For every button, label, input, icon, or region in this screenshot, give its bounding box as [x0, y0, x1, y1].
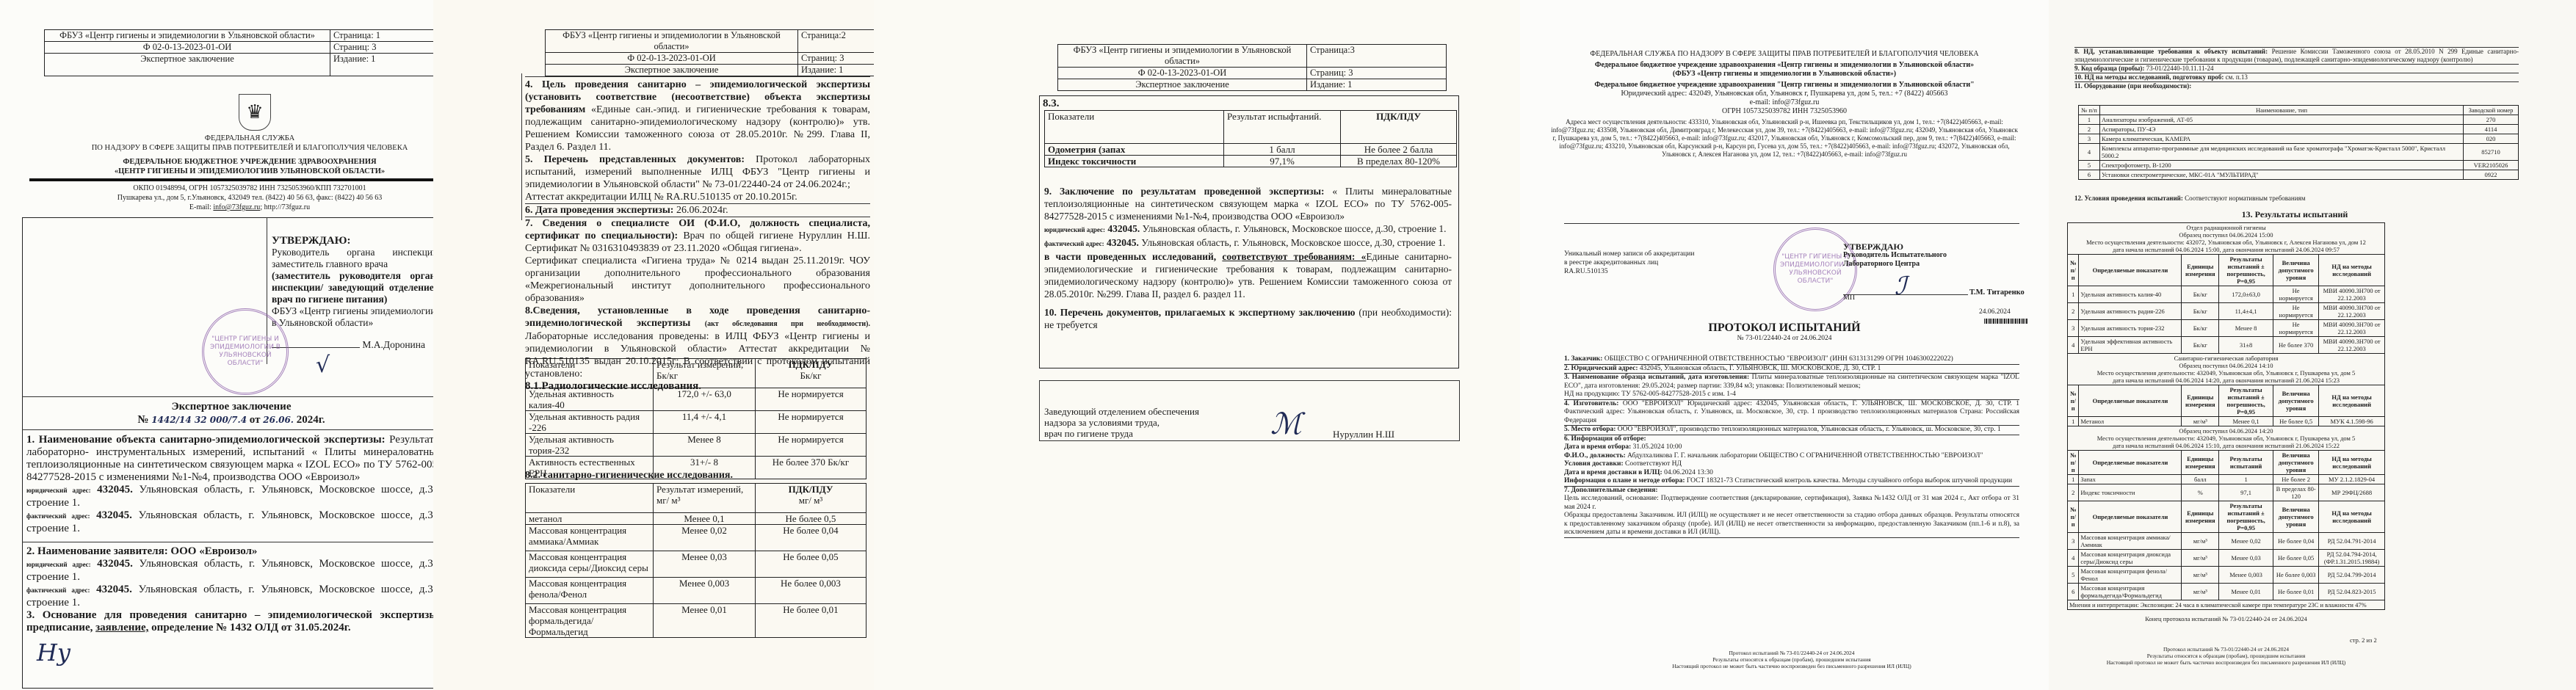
conclusion-title: Экспертное заключение: [22, 400, 433, 413]
section-1-title: 1. Наименование объекта санитарно-эпидем…: [26, 434, 386, 446]
table-row: 4Удельная эффективная активность ЕРНБк/к…: [2068, 337, 2385, 354]
table-row: 2Аспираторы, ПУ-4Э4114: [2079, 125, 2519, 134]
cell: 1: [2068, 286, 2079, 303]
zip: 432045.: [97, 558, 133, 570]
signer-name: Нуруллин Н.Ш: [1333, 429, 1394, 440]
cell: Удельная активность тория-232: [526, 434, 654, 457]
col-header: ПДК/ПДУ: [759, 359, 863, 370]
item-label: Информация о плане и методе отбора:: [1564, 477, 1685, 484]
cell: 5: [2079, 161, 2100, 170]
cell: 5: [2068, 567, 2079, 584]
cell: Не нормируется: [2273, 303, 2319, 320]
block-line: Образец поступил 04.06.2024 14:10: [2069, 362, 2383, 369]
cell: Не более 0,05: [756, 551, 866, 578]
signer-role-line: врач по гигиене труда: [1044, 428, 1199, 439]
frame-left: [521, 73, 522, 220]
col-header: Единицы измерения: [2182, 385, 2219, 417]
section-1: 1. Наименование объекта санитарно-эпидем…: [24, 433, 433, 536]
col-header: Результаты испытаний ± погрешность, P=0,…: [2219, 255, 2273, 286]
page-expert-conclusion-1: ФБУЗ «Центр гигиены и эпидемиологии в Ул…: [0, 0, 433, 690]
cell: Спектрофотометр, В-1200: [2100, 161, 2464, 170]
cell: Бк/кг: [2182, 303, 2219, 320]
cell: Комплексы аппаратно-программные для меди…: [2100, 144, 2464, 161]
cell: Удельная активность радия-226: [2079, 303, 2182, 320]
cell: Массовая концентрация формальдегида/Форм…: [526, 604, 654, 638]
block-line: дата начала испытаний 04.06.2024 14:20, …: [2069, 377, 2383, 384]
col-header: Определяемые показатели: [2079, 501, 2182, 533]
cell: Запах: [2079, 475, 2182, 484]
cell: мг/м³: [2182, 533, 2219, 550]
cell: Менее 0,003: [654, 578, 756, 604]
table-row: 6Установки спектрометрические, МКС-01А "…: [2079, 170, 2519, 180]
coat-of-arms-icon: ♛: [239, 94, 271, 131]
header-org: ФБУЗ «Центр гигиены и эпидемиологии в Ул…: [1058, 45, 1307, 68]
legal-address-label: юридический адрес:: [26, 561, 91, 568]
section-3-underlined: заявление,: [95, 622, 148, 633]
protocol-title: ПРОТОКОЛ ИСПЫТАНИЙ: [1564, 322, 2005, 335]
cell: Не более 0,05: [2273, 550, 2319, 567]
item-text: 432045, Ульяновская область, Г. УЛЬЯНОВС…: [1638, 365, 1881, 372]
cell: Менее 0,02: [2219, 533, 2273, 550]
cell: Не более 0,01: [756, 604, 866, 638]
cell: Удельная активность калия-40: [526, 388, 654, 411]
col-header: Результаты испытаний ± погрешность, P=0,…: [2219, 501, 2273, 533]
email-label: E-mail:: [189, 203, 214, 211]
cell: 172,0±63,0: [2219, 286, 2273, 303]
cell: Менее 0,02: [654, 525, 756, 551]
header-page: Страница: 1: [330, 30, 434, 42]
cell: Не более 0,5: [2273, 417, 2319, 426]
cell: Менее 8: [654, 434, 756, 457]
header-edition: Издание: 1: [330, 54, 434, 76]
table-row: 5Массовая концентрация фенола/Фенолмг/м³…: [2068, 567, 2385, 584]
item-label: 6. Информация об отборе:: [1564, 435, 1646, 443]
signer-role: Заведующий отделением обеспечения надзор…: [1044, 406, 1199, 439]
col-header: НД на методы исследований: [2319, 385, 2385, 417]
table-row: 2Удельная активность радия-226Бк/кг11,4±…: [2068, 303, 2385, 320]
conclusion-no-prefix: №: [137, 414, 148, 426]
legal-address-label: юридический адрес:: [26, 487, 91, 494]
item-label: 10. НД на методы исследований, подготовк…: [2074, 73, 2224, 81]
opinion-note: Мнения и интерпретации: Экспозиция: 24 ч…: [2068, 600, 2385, 610]
sanitary-table: Показатели Результат измерений, мг/ м³ П…: [525, 483, 866, 638]
cell: Массовая концентрация формальдегида/Форм…: [2079, 584, 2182, 600]
cell: Удельная эффективная активность ЕРН: [2079, 337, 2182, 354]
agency-line-1: ФЕДЕРАЛЬНАЯ СЛУЖБА: [66, 134, 433, 143]
footer-line: Настоящий протокол не может быть частичн…: [2067, 659, 2385, 666]
item-label: Условия доставки:: [1564, 460, 1624, 468]
cell: 0922: [2464, 170, 2519, 180]
block-line: Санитарно-гигиеническая лаборатория: [2069, 355, 2383, 362]
cell: 4114: [2464, 125, 2519, 134]
section-6-title: 6. Дата проведения экспертизы:: [525, 205, 673, 216]
section-3-text: предписание,: [26, 622, 95, 633]
rule: [1459, 380, 1460, 441]
rule: [1843, 294, 1968, 295]
footer-line: Результаты относятся к образцам (пробам)…: [1564, 656, 2019, 663]
cell: Индекс токсичности: [1045, 156, 1224, 167]
page-expert-conclusion-2: ФБУЗ «Центр гигиены и эпидемиологии в Ул…: [433, 0, 874, 690]
cell: мг/м³: [2182, 550, 2219, 567]
institution-full-2: Федеральное бюджетное учреждение здравоо…: [1549, 81, 2019, 90]
item-text: Соответствуют нормативным требованиям: [2183, 195, 2306, 202]
block-line: дата начала испытаний 04.06.2024 15:00, …: [2069, 246, 2383, 253]
email[interactable]: e-mail: info@73fguz.ru: [1549, 98, 2019, 107]
protocol-items-8-12: 8. НД, устанавливающие требования к объе…: [2074, 47, 2519, 90]
equipment-table: № п/пНаименование, типЗаводской номер 1А…: [2078, 105, 2519, 180]
cell: Метанол: [2079, 417, 2182, 426]
item-label: Ф.И.О., должность:: [1564, 452, 1626, 460]
col-header-unit: мг/ м³: [759, 495, 863, 506]
address: Пушкарева ул., дом 5, г.Ульяновск, 43204…: [66, 193, 433, 203]
cell: 2: [2068, 303, 2079, 320]
col-header: ПДК/ПДУ: [1341, 111, 1457, 144]
cell: В пределах 80-120: [2273, 484, 2319, 501]
table-82-title: 8.2. санитарно-гигиенические исследовани…: [525, 470, 733, 482]
cell: 3: [2068, 320, 2079, 337]
cell: Удельная активность тория-232: [2079, 320, 2182, 337]
conclusion-number: 1442/14 32 000/7.4: [151, 415, 247, 425]
protocol-letterhead: ФЕДЕРАЛЬНАЯ СЛУЖБА ПО НАДЗОРУ В СФЕРЕ ЗА…: [1549, 50, 2019, 159]
item-text: 31.05.2024 10:00: [1631, 443, 1682, 451]
signer-role-line: надзора за условиями труда,: [1044, 417, 1199, 428]
cell: Массовая концентрация диоксида серы/Диок…: [2079, 550, 2182, 567]
cell: Не нормируется: [756, 434, 866, 457]
header-org: ФБУЗ «Центр гигиены и эпидемиологии в Ул…: [546, 30, 798, 53]
col-header: Результат измерений, Бк/кг: [654, 359, 756, 388]
header-thick-rule: [29, 178, 433, 181]
protocol-footer: Протокол испытаний № 73-01/22440-24 от 2…: [2067, 646, 2385, 666]
page-header-table: ФБУЗ «Центр гигиены и эпидемиологии в Ул…: [44, 29, 433, 76]
legal-address-label: юридический адрес:: [1044, 226, 1105, 233]
results-table: Отдел радиационной гигиеныОбразец поступ…: [2067, 222, 2385, 610]
table-row: Одометрия (запах1 баллНе более 2 балла: [1045, 144, 1457, 156]
rule: [1039, 440, 1460, 441]
conclusion-year: 2024г.: [297, 414, 325, 426]
cell: МВИ 40090.3Н700 от 22.12.2003: [2319, 286, 2385, 303]
header-form-code: Ф 02-0-13-2023-01-ОИ: [1058, 68, 1307, 79]
table-row: Удельная активность калия-40172,0 +/- 63…: [526, 388, 866, 411]
table-row: 3Массовая концентрация аммиака/Аммиакмг/…: [2068, 533, 2385, 550]
section-9: 9. Заключение по результатам проведенной…: [1044, 185, 1452, 331]
col-header: № п/п: [2068, 501, 2079, 533]
approve-block: УТВЕРЖДАЮ: Руководитель органа инспекции…: [272, 235, 433, 351]
item-label: 7. Дополнительные сведения:: [1564, 487, 1658, 494]
section-5-title: 5. Перечень представленных документов:: [525, 154, 745, 165]
col-header: Показатели: [1045, 111, 1224, 144]
item-text: ООО "ЕВРОИЗОЛ" Юридический адрес: 432045…: [1564, 400, 2019, 424]
cell: 2: [2079, 125, 2100, 134]
col-header: Результат испыфтаний.: [1224, 111, 1341, 144]
cell: Индекс токсичности: [2079, 484, 2182, 501]
cell: 4: [2068, 337, 2079, 354]
table-row: 1Анализаторы изображений, АТ-05270: [2079, 115, 2519, 125]
col-header: Результаты испытаний ± погрешность, P=0,…: [2219, 385, 2273, 417]
cell: 6: [2079, 170, 2100, 180]
sections-4-7: 4. Цель проведения санитарно – эпидемиол…: [525, 76, 870, 393]
cell: VER2105026: [2464, 161, 2519, 170]
header-pages-total: Страниц: 3: [330, 42, 434, 54]
table-row: Массовая концентрация формальдегида/Форм…: [526, 604, 866, 638]
item-text: см. п.13: [2224, 73, 2248, 81]
cell: метанол: [526, 513, 654, 525]
cell: 31±8: [2219, 337, 2273, 354]
table-row: Массовая концентрация диоксида серы/Диок…: [526, 551, 866, 578]
cell: 4: [2079, 144, 2100, 161]
block-line: Место осуществления деятельности: 432049…: [2069, 435, 2383, 442]
header-pages-total: Страниц: 3: [798, 53, 875, 65]
cell: РД 52.04.799-2014: [2319, 567, 2385, 584]
cell: Не более 0,01: [2273, 584, 2319, 600]
block-2-info: Санитарно-гигиеническая лабораторияОбраз…: [2068, 354, 2385, 385]
end-note: Конец протокола испытаний № 73-01/22440-…: [2067, 615, 2385, 622]
agency-line-2: ПО НАДЗОРУ В СФЕРЕ ЗАЩИТЫ ПРАВ ПОТРЕБИТЕ…: [66, 143, 433, 153]
conclusion-date-prefix: от: [250, 414, 261, 426]
accreditation-block: Уникальный номер записи об аккредитации …: [1564, 250, 1694, 276]
approve-org: ФБУЗ «Центр гигиены эпидемиологии в Улья…: [272, 305, 433, 329]
sample-code: 73-01/22440-10.11.11-24: [2144, 65, 2213, 72]
table-row: 1Метанолмг/м³Менее 0,1Не более 0,5МУК 4.…: [2068, 417, 2385, 426]
zip: 432045.: [96, 509, 132, 521]
cell: Массовая концентрация аммиака/Аммиак: [2079, 533, 2182, 550]
cell: РД 52.04.823-2015: [2319, 584, 2385, 600]
cell: Менее 0,1: [2219, 417, 2273, 426]
requisites: ОКПО 01948994, ОГРН 1057325039782 ИНН 73…: [66, 184, 433, 193]
odometry-table: Показатели Результат испыфтаний. ПДК/ПДУ…: [1044, 110, 1457, 167]
cell: РД 52.04.791-2014: [2319, 533, 2385, 550]
accreditation-line: Уникальный номер записи об аккредитации: [1564, 250, 1694, 258]
col-header: НД на методы исследований: [2319, 255, 2385, 286]
cell: 3: [2079, 134, 2100, 144]
cell: 1: [2068, 417, 2079, 426]
table-row: 2Индекс токсичности%97,1В пределах 80-12…: [2068, 484, 2385, 501]
col-header: № п/п: [2068, 255, 2079, 286]
cell: 852710: [2464, 144, 2519, 161]
cell: 11,4 +/- 4,1: [654, 411, 756, 434]
cell: Бк/кг: [2182, 320, 2219, 337]
cell: Менее 0,01: [654, 604, 756, 638]
cell: Одометрия (запах: [1045, 144, 1224, 156]
cell: Менее 8: [2219, 320, 2273, 337]
cell: балл: [2182, 475, 2219, 484]
accreditation-number: RA.RU.510135: [1564, 267, 1694, 276]
section-10-title: 10. Перечень документов, прилагаемых к э…: [1044, 307, 1355, 318]
col-header: Единицы измерения: [2182, 255, 2219, 286]
block-line: Образец поступил 04.06.2024 14:20: [2069, 427, 2383, 435]
cell: Не более 0,003: [2273, 567, 2319, 584]
cell: мг/м³: [2182, 417, 2219, 426]
protocol-footer: Протокол испытаний № 73-01/22440-24 от 2…: [1564, 650, 2019, 669]
col-header: Определяемые показатели: [2079, 255, 2182, 286]
zip: 432045.: [97, 484, 133, 495]
block-line: Отдел радиационной гигиены: [2069, 224, 2383, 231]
cell: Массовая концентрация фенола/Фенол: [2079, 567, 2182, 584]
cell: 270: [2464, 115, 2519, 125]
col-header: Показатели: [526, 484, 654, 513]
page-protocol-1: ФЕДЕРАЛЬНАЯ СЛУЖБА ПО НАДЗОРУ В СФЕРЕ ЗА…: [1520, 0, 2049, 690]
cell: Не более 0,04: [756, 525, 866, 551]
cell: Бк/кг: [2182, 337, 2219, 354]
cell: %: [2182, 484, 2219, 501]
col-header: № п/п: [2068, 451, 2079, 475]
rule: [22, 429, 433, 430]
col-header: Определяемые показатели: [2079, 451, 2182, 475]
item-label: 1. Заказчик:: [1564, 355, 1602, 363]
radiology-table: Показатели Результат измерений, Бк/кг ПД…: [525, 358, 866, 479]
table-row: Индекс токсичности97,1%В пределах 80-120…: [1045, 156, 1457, 167]
item-label: 4. Изготовитель:: [1564, 400, 1618, 407]
item-label: 2. Юридический адрес:: [1564, 365, 1638, 372]
protocol-items: 1. Заказчик: ОБЩЕСТВО С ОГРАНИЧЕННОЙ ОТВ…: [1564, 355, 2019, 538]
rule: [22, 542, 433, 542]
actual-address-label: фактический адрес:: [26, 512, 90, 520]
cell: Менее 0,03: [654, 551, 756, 578]
cell: МУК 4.1.598-96: [2319, 417, 2385, 426]
item-text: ОБЩЕСТВО С ОГРАНИЧЕННОЙ ОТВЕТСТВЕННОСТЬЮ…: [1602, 355, 1953, 363]
accreditation-line: в реестре аккредитованных лиц: [1564, 258, 1694, 267]
item-text: 04.06.2024 13:30: [1663, 469, 1713, 476]
section-3-text-tail: определение № 1432 ОЛД от 31.05.2024г.: [148, 622, 350, 633]
col-header: Наименование, тип: [2100, 106, 2464, 115]
header-form-code: Ф 02-0-13-2023-01-ОИ: [546, 53, 798, 65]
header-form-code: Ф 02-0-13-2023-01-ОИ: [45, 42, 330, 54]
item-label: 9. Код образца (пробы):: [2074, 65, 2144, 72]
page-header-table: ФБУЗ «Центр гигиены и эпидемиологии в Ул…: [1057, 44, 1447, 91]
approver-name: М.А.Доронина: [362, 339, 425, 350]
approve-line: Лабораторного Центра: [1843, 260, 1947, 269]
item-label: 8. НД, устанавливающие требования к объе…: [2074, 48, 2268, 55]
actual-address-label: фактический адрес:: [1044, 240, 1104, 247]
email-link[interactable]: info@73fguz.ru: [213, 203, 260, 211]
cell: Массовая концентрация диоксида серы/Диок…: [526, 551, 654, 578]
section-9-verdict: соответствуют требованиям: «: [1222, 251, 1366, 262]
item-label: Дата и время доставки в ИЛЦ:: [1564, 469, 1663, 476]
footer-line: Протокол испытаний № 73-01/22440-24 от 2…: [2067, 646, 2385, 653]
table-row: Массовая концентрация аммиака/АммиакМене…: [526, 525, 866, 551]
cell: Массовая концентрация фенола/Фенол: [526, 578, 654, 604]
cell: 1: [2079, 115, 2100, 125]
cell: Бк/кг: [2182, 286, 2219, 303]
cell: мг/м³: [2182, 584, 2219, 600]
approver-name: Т.М. Титаренко: [1969, 288, 2025, 297]
col-header: Показатели: [526, 359, 654, 388]
legal-address: Ульяновская область, г. Ульяновск, Моско…: [1143, 223, 1447, 234]
rule: [1039, 380, 1040, 441]
approver-signature: ℐ: [1895, 272, 1906, 301]
item-12: 12. Условия проведения испытаний: Соотве…: [2074, 195, 2305, 202]
approve-line: Руководитель Испытательного: [1843, 251, 1947, 260]
item-text: Цель исследований, основание: Подтвержде…: [1564, 495, 2019, 511]
cell: МВИ 40090.3Н700 от 22.12.2003: [2319, 320, 2385, 337]
approver-signature: √: [316, 352, 330, 378]
cell: Удельная активность радия -226: [526, 411, 654, 434]
cell: Не нормируется: [756, 411, 866, 434]
ogrn-inn: ОГРН 1057325039782 ИНН 7325053960: [1549, 107, 2019, 116]
cell: 1: [2219, 475, 2273, 484]
cell: мг/м³: [2182, 567, 2219, 584]
cell: Менее 0,03: [2219, 550, 2273, 567]
item-text: Образцы предоставлены Заказчиком. ИЛ (ИЛ…: [1564, 512, 2019, 536]
header-edition: Издание: 1: [1307, 79, 1447, 91]
col-header: Результат измерений, мг/ м³: [654, 484, 756, 513]
col-header: № п/п: [2079, 106, 2100, 115]
page-header-table: ФБУЗ «Центр гигиены и эпидемиологии в Ул…: [545, 29, 874, 76]
footer-line: Результаты относятся к образцам (пробам)…: [2067, 653, 2385, 659]
block-3-info: Образец поступил 04.06.2024 14:20Место о…: [2068, 426, 2385, 451]
institution-short: (ФБУЗ «Центр гигиены и эпидемиологии в У…: [1549, 70, 2019, 79]
cell: Анализаторы изображений, АТ-05: [2100, 115, 2464, 125]
col-header: Величина допустимого уровня: [2273, 451, 2319, 475]
rule: [1039, 380, 1460, 381]
table-row: метанолМенее 0,1Не более 0,5: [526, 513, 866, 525]
official-stamp: "ЦЕНТР ГИГИЕНЫ И ЭПИДЕМИОЛОГИИ В УЛЬЯНОВ…: [202, 308, 289, 395]
cell: Не нормируется: [2273, 320, 2319, 337]
section-6-date: 26.06.2024г.: [676, 205, 728, 216]
table-row: 5Спектрофотометр, В-1200VER2105026: [2079, 161, 2519, 170]
col-header: Величина допустимого уровня: [2273, 501, 2319, 533]
cell: Не нормируется: [756, 388, 866, 411]
site-link[interactable]: ; http://73fguz.ru: [260, 203, 310, 211]
conclusion-heading: Экспертное заключение № 1442/14 32 000/7…: [22, 400, 433, 426]
table-row: Удельная активность тория-232Менее 8Не н…: [526, 434, 866, 457]
header-page: Страница:3: [1307, 45, 1447, 68]
section-5-attestat: Аттестат аккредитации ИЛЦ № RA.RU.510135…: [525, 191, 870, 204]
cell: Камера климатическая, КАМЕРА: [2100, 134, 2464, 144]
cell: 2: [2068, 484, 2079, 501]
table-row: 3Камера климатическая, КАМЕРА020: [2079, 134, 2519, 144]
col-header: Величина допустимого уровня: [2273, 255, 2319, 286]
zip: 432045.: [1107, 223, 1140, 234]
col-header: НД на методы исследований: [2319, 451, 2385, 475]
cell: Не более 0,003: [756, 578, 866, 604]
agency-block: ФЕДЕРАЛЬНАЯ СЛУЖБА ПО НАДЗОРУ В СФЕРЕ ЗА…: [66, 134, 433, 176]
col-header: НД на методы исследований: [2319, 501, 2385, 533]
cell: Аспираторы, ПУ-4Э: [2100, 125, 2464, 134]
item-text: НД на продукцию: ТУ 5762-005-84277528-20…: [1564, 391, 1736, 398]
protocol-heading: ПРОТОКОЛ ИСПЫТАНИЙ № 73-01/22440-24 от 2…: [1564, 322, 2005, 342]
item-text: ООО "ЕВРОИЗОЛ", производство теплоизоляц…: [1616, 426, 2000, 433]
legal-address: Юридический адрес: 432049, Ульяновская о…: [1549, 90, 2019, 98]
approve-position-bold: (заместитель руководителя органа инспекц…: [272, 270, 433, 305]
table-row: Удельная активность радия -22611,4 +/- 4…: [526, 411, 866, 434]
cell: МР 29ФЦ/2688: [2319, 484, 2385, 501]
col-header: Определяемые показатели: [2079, 385, 2182, 417]
section-3-title: 3. Основание для проведения санитарно – …: [26, 609, 433, 621]
results-title: 13. Результаты испытаний: [2074, 209, 2515, 220]
conclusion-date: 26.06.: [263, 415, 294, 425]
col-header: ПДК/ПДУ: [759, 484, 863, 495]
page-expert-conclusion-3: ФБУЗ «Центр гигиены и эпидемиологии в Ул…: [874, 0, 1520, 690]
cell: РД 52.04.794-2014, (ФР.1.31.2015.19884): [2319, 550, 2385, 567]
table-row: Массовая концентрация фенола/ФенолМенее …: [526, 578, 866, 604]
item-label: 12. Условия проведения испытаний:: [2074, 195, 2183, 202]
col-header: № п/п: [2068, 385, 2079, 417]
cell: 1: [2068, 475, 2079, 484]
col-header: Величина допустимого уровня: [2273, 385, 2319, 417]
cell: Массовая концентрация аммиака/Аммиак: [526, 525, 654, 551]
section-2-title: 2. Наименование заявителя: ООО «Евроизол…: [26, 545, 433, 558]
section-9-title: 9. Заключение по результатам проведенной…: [1044, 186, 1325, 197]
header-pages-total: Страниц: 3: [1307, 68, 1447, 79]
cell: Не более 0,04: [2273, 533, 2319, 550]
cell: Менее 0,003: [2219, 567, 2273, 584]
section-7-certificate: Сертификат специалиста «Гигиена труда» №…: [525, 255, 870, 305]
approve-title: УТВЕРЖДАЮ:: [272, 235, 433, 247]
cell: Установки спектрометрические, МКС-01А "М…: [2100, 170, 2464, 180]
header-org: ФБУЗ «Центр гигиены и эпидемиологии в Ул…: [45, 30, 330, 42]
block-line: дата начала испытаний 04.06.2024 15:10, …: [2069, 442, 2383, 449]
cell: Не более 2 балла: [1341, 144, 1457, 156]
